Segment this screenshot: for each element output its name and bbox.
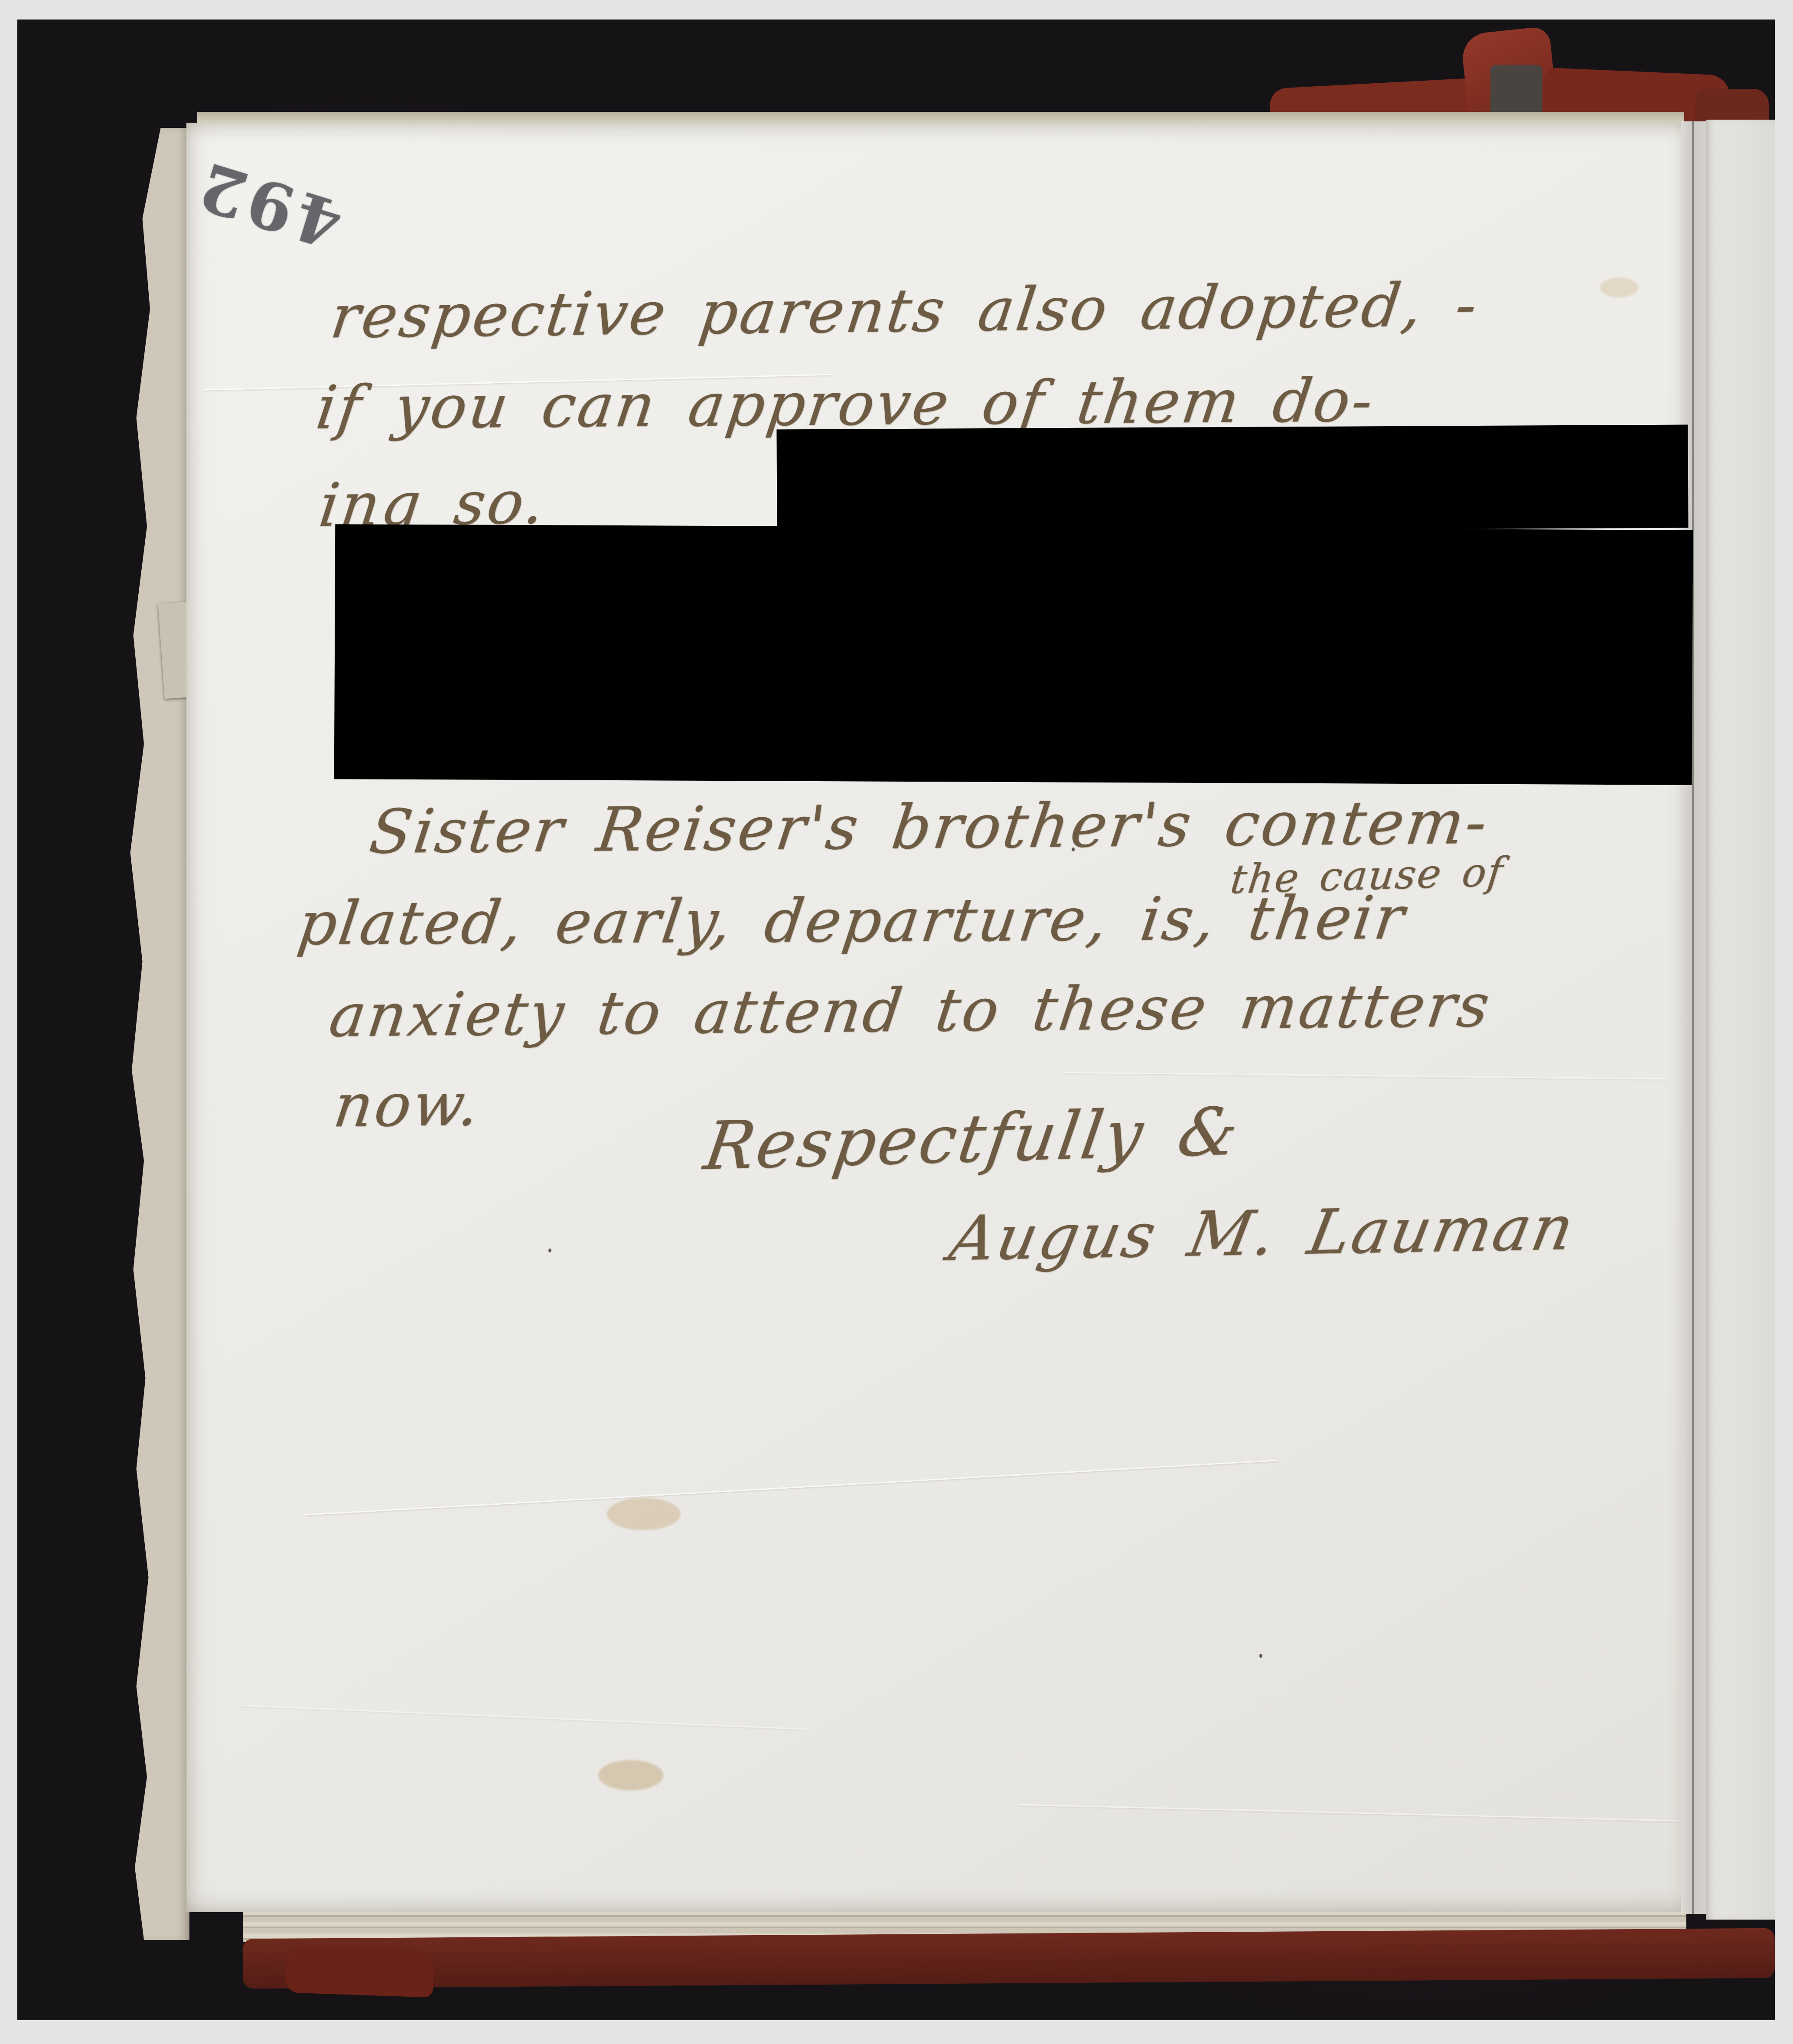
spine-cloth-fragment	[1490, 65, 1542, 119]
handwriting-signature: Augus M. Lauman	[944, 1192, 1581, 1275]
page-gutter-fold	[1681, 121, 1706, 1914]
handwriting-line: respective parents also adopted, -	[327, 270, 1483, 352]
handwriting-line: plated, early, departure, is, their	[294, 883, 1410, 958]
scanned-page-image: 492 respective parents also adopted, - i…	[0, 0, 1793, 2044]
redaction-box-lower	[334, 524, 1693, 785]
paper-speck	[548, 1249, 551, 1252]
bottom-board-leather	[285, 1945, 434, 1998]
facing-page-edge	[1706, 120, 1775, 1920]
paper-speck	[1259, 1654, 1262, 1658]
gutter-seam-line	[1692, 121, 1694, 1914]
paper-stain	[607, 1498, 681, 1530]
paper-stain	[598, 1760, 663, 1790]
redaction-box-upper	[776, 424, 1688, 532]
handwriting-line: now.	[330, 1069, 485, 1141]
paper-stain	[1600, 277, 1639, 297]
handwriting-closing: Respectfully &	[700, 1093, 1245, 1185]
handwriting-line: anxiety to attend to these matters	[326, 971, 1496, 1051]
under-sheet-top-edge	[197, 112, 1684, 124]
